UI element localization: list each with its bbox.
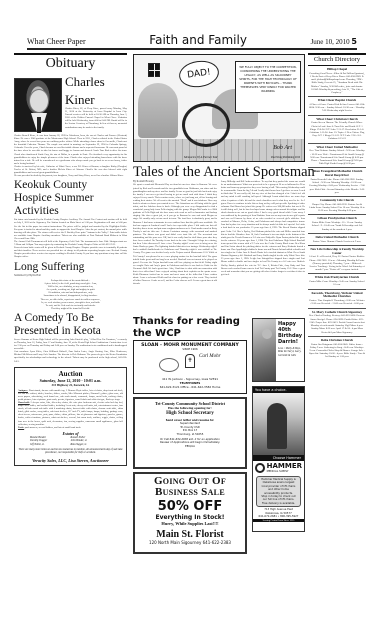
church-name: Tilton Evangelical Methodist Church Rura… <box>309 170 365 178</box>
cartoon-caption: Memories Of A Farmer Kid <box>184 155 217 159</box>
church-details: Rev. Tina Holman. Sunday School - 9:30 a… <box>309 149 365 165</box>
church-details: A Place of Grace. Pastor Dick & Jane Lor… <box>309 103 365 113</box>
florist-address: 120 North Main Sigourney 641-622-2383 <box>137 540 243 545</box>
florist-discount: 50% OFF <box>137 499 243 514</box>
hammer-logo-text: HAMMER MEDICAL SUPPLY <box>267 463 302 473</box>
obituary-preceded: He was preceded in death by his parents,… <box>14 174 127 177</box>
hospice-headline: Keokuk County Hospice Summer Activities <box>14 179 127 218</box>
auction-antiques: Antiques: Plant stands, dresser with mar… <box>18 389 123 401</box>
poem-lines: Perhaps this virtue of the most difficul… <box>14 279 127 310</box>
church-listing: Delta Christian ChurchPastor Jim Bringma… <box>308 337 366 361</box>
headstone-icon: ✝ <box>185 354 195 368</box>
hammer-address-line: 641-672-2681 • 800-395-5927 <box>253 515 304 518</box>
church-details: Harper City. Phone: 641-660-3220. Pastor… <box>309 203 365 213</box>
poem-headline: Long Suffering <box>14 261 127 274</box>
poem-byline: Submitted by Phyllis Hall <box>14 274 127 277</box>
florist-hurry: Hurry, While Supplies Last!!!! <box>137 521 243 526</box>
school-position: High School Secretary <box>137 411 243 416</box>
hammer-logo-icon <box>255 463 265 473</box>
hammer-sub: MEDICAL SUPPLY <box>267 470 302 473</box>
church-details: Rev. Charles Harding. Rectory: 641-622-3… <box>309 314 365 333</box>
church-listing: Tilton Evangelical Methodist Church Rura… <box>308 168 366 197</box>
auction-household: Household: 2 sleeper sofas, lifts, 4-hex… <box>18 401 123 426</box>
hammer-medical-ad: You have a choice. Choose Hammer HAMMER … <box>252 386 305 532</box>
florist-ad: Going Out Of Business Sale 50% OFF Every… <box>133 472 247 554</box>
hammer-name: HAMMER <box>267 463 302 470</box>
church-listing: Community Life ChurchHarper City. Phone:… <box>308 197 366 215</box>
birthday-line: Darrin! <box>278 339 302 345</box>
cartoon-credit: Paul Wong Publishing 2010 <box>271 156 300 159</box>
estate-name: Rita Dugger, sr. <box>71 443 112 446</box>
horse-illustration <box>138 83 178 138</box>
speech-bubble: DAD! <box>177 58 220 89</box>
hospice-body-1: Put future arts bounded by the Keokuk Co… <box>14 218 127 240</box>
hammer-photo <box>253 393 304 455</box>
cartoonist-signature: Bob Art <box>273 145 292 151</box>
birthday-photo <box>253 319 276 381</box>
editorial-cartoon: DAD! WE FULLY OBJECT TO THE COMPETITION,… <box>133 54 305 162</box>
obituary-heading: Obituary <box>14 57 127 71</box>
church-details: Pastor: Vince Homan. Church Services at … <box>309 240 365 243</box>
paper-name: What Cheer Paper <box>27 37 86 48</box>
church-details: Pastor Steven Hansen. The Friendly Churc… <box>309 121 365 140</box>
obituary-article: Charles Kiner Charles Kiner, 82, of Deep… <box>14 75 127 177</box>
birthday-ad: Happy 40th Birthday Darrin! Love ~ Molly… <box>252 318 305 382</box>
auction-note: There are many more items on auction too… <box>18 448 123 455</box>
comedy-headline: A Comedy To Be Presented in Keota <box>14 312 127 338</box>
sloan-mohr-ad: SLOAN - MOHR MONUMENT COMPANY SINCE 1906… <box>133 340 247 394</box>
issue-date: June 10, 2010 5 <box>311 37 357 48</box>
tools-label: Tools: <box>18 426 24 429</box>
hammer-info-box: Hammer Medical Supply is Oskaloosa area'… <box>256 476 301 507</box>
birthday-from: Love ~ Molly & Boys, Mike & Cheryl, Larr… <box>278 347 302 357</box>
florist-line-2: Business Sale <box>137 487 243 498</box>
church-details: 1/4 mi. E. of Keswick, Hwy 22. Pastor Ch… <box>309 255 365 271</box>
auction-title: Auction <box>18 370 123 378</box>
barn-window-icon <box>148 63 160 77</box>
sloan-since: SINCE 1906 <box>136 348 244 351</box>
tales-col-1: We spent a wonderful Memorial Day weeken… <box>133 183 217 285</box>
directory-heading: Church Directory <box>308 53 366 66</box>
school-eeo: EEO/AA <box>137 445 243 448</box>
obituary-body: Charles Russell Kiner, Jr. was born Janu… <box>14 134 127 165</box>
auction-footer: Veracity Sales, LLC, Lisa Steren, Auctio… <box>18 458 123 463</box>
thanks-banner: Thanks for reading the WCP <box>133 316 247 340</box>
ads-row: Thanks for reading the WCP SLOAN - MOHR … <box>133 312 305 554</box>
hammer-logo: HAMMER MEDICAL SUPPLY <box>253 461 304 475</box>
church-details: Pastor - Tina Campbell. Thornburg - 8:30… <box>309 299 365 305</box>
tales-headline: Tales of the Ancient Sportsman <box>133 164 305 180</box>
church-details: Pastor Jim Bringman. 641-624-2645. Offic… <box>309 343 365 359</box>
ads-right-stack: Happy 40th Birthday Darrin! Love ~ Molly… <box>252 312 305 554</box>
ads-left-stack: Thanks for reading the WCP SLOAN - MOHR … <box>133 312 247 554</box>
church-name: New Life Fellowship A Family Worship Cen… <box>309 248 365 256</box>
middle-column: DAD! WE FULLY OBJECT TO THE COMPETITION,… <box>133 54 305 554</box>
poem-line: That they might all be found in His fold… <box>14 307 127 310</box>
church-name: Keswick, Thornburg, Webster United Metho… <box>309 292 365 300</box>
sloan-signature: Carl Mohr <box>199 354 221 359</box>
masthead: What Cheer Paper Faith and Family June 1… <box>27 34 357 50</box>
antiques-list: Plant stands, dresser with marble top, 3… <box>18 389 123 401</box>
florist-stock: Everything In Stock! <box>137 514 243 521</box>
auction-tools: Tools: push mowers, several ladders, and… <box>18 426 123 429</box>
church-listing: Keswick, Thornburg, Webster United Metho… <box>308 290 366 309</box>
flower-icon <box>159 358 179 372</box>
church-listing: What Cheer United MethodistRev. Tina Hol… <box>308 144 366 169</box>
tools-list: push mowers, several ladders, and lots o… <box>25 426 81 429</box>
church-listing: What Cheer Christian ChurchPastor Steven… <box>308 116 366 144</box>
school-address-line: Thornburg, IA 50255 <box>137 433 243 436</box>
church-listing: Gibson Presbyterian ChurchPastor Mike Co… <box>308 215 366 233</box>
church-details: Pastor Kenneth Luke. Phone: 641-858-2982… <box>309 178 365 194</box>
church-directory: Church Directory Hilltop ChapelPreaching… <box>308 53 366 361</box>
church-listing: St. Mary Catholic Church SigourneyRev. C… <box>308 309 366 337</box>
auction-ad: Auction Saturday, June 12, 2010 - 10:01 … <box>14 367 127 466</box>
bicycle-illustration <box>182 103 230 147</box>
obituary-photo <box>14 78 62 132</box>
birthday-text: Happy 40th Birthday Darrin! Love ~ Molly… <box>276 319 304 381</box>
church-listing: New Life Fellowship A Family Worship Cen… <box>308 246 366 275</box>
church-listing: Delta United Methodist ChurchPastor: Vin… <box>308 234 366 246</box>
hospice-body-3: Proceeds from both events will be given … <box>14 246 127 258</box>
page-number: 5 <box>351 37 357 46</box>
church-listing: What Cheer Baptist ChurchA Place of Grac… <box>308 97 366 115</box>
household-list: 2 sleeper sofas, lifts, 4-hex-bey chairs… <box>18 401 123 426</box>
church-details: Pastor Mike Conn. Worship - 9:45 a.m. Su… <box>309 280 365 286</box>
sloan-phones: 641-622-3121 Office - 641-622-3582 Home <box>136 385 244 389</box>
date-text: June 10, 2010 <box>311 38 350 46</box>
auction-address: 315 Highway 22, Keswick, IA <box>18 383 123 387</box>
hammer-footer: Serving Central Iowa Since 1955 <box>253 519 304 522</box>
school-subtitle: Has the following opening for: <box>137 406 243 410</box>
church-listing: White Oak Presbyterian ChurchPastor Mike… <box>308 274 366 289</box>
divider <box>14 53 127 55</box>
tales-article: By Rondell Brouley We spent a wonderful … <box>133 180 305 310</box>
church-listing: Hilltop ChapelPreaching Good News - Klin… <box>308 66 366 97</box>
comedy-body-1: Seven Alumnus of Keota High School will … <box>14 338 127 350</box>
estate-name: Jeff Noller, sr. <box>30 443 71 446</box>
hammer-box-line: Free delivery is available. <box>258 502 299 505</box>
left-column: Obituary Charles Kiner Charles Kiner, 82… <box>14 53 127 466</box>
church-details: Preaching Good News - Kline & Pat DeBord… <box>309 72 365 94</box>
estates-list: Maxine Bender Russell Noller Dorothy Dug… <box>18 436 123 446</box>
florist-name: Main St. Florist <box>137 529 243 540</box>
school-job-ad: Tri-County Community School District Has… <box>133 397 247 469</box>
obituary-survivors: Charles is survived by his wife, Catheri… <box>14 165 127 174</box>
tales-col-2: Larry Milledge and Bill Andrews/others. … <box>221 180 305 310</box>
comedy-body-2: Cast members: Lynn Klein, Gina Willhoeft… <box>14 350 127 362</box>
section-title: Faith and Family <box>149 33 247 48</box>
monument-illustration: ✝ Carl Mohr <box>155 352 225 376</box>
church-details: Pastor Mike Conn. Worship - 10 - 11 a.m.… <box>309 221 365 231</box>
cartoon-sign: WE FULLY OBJECT TO THE COMPETITION, CONS… <box>235 61 301 113</box>
